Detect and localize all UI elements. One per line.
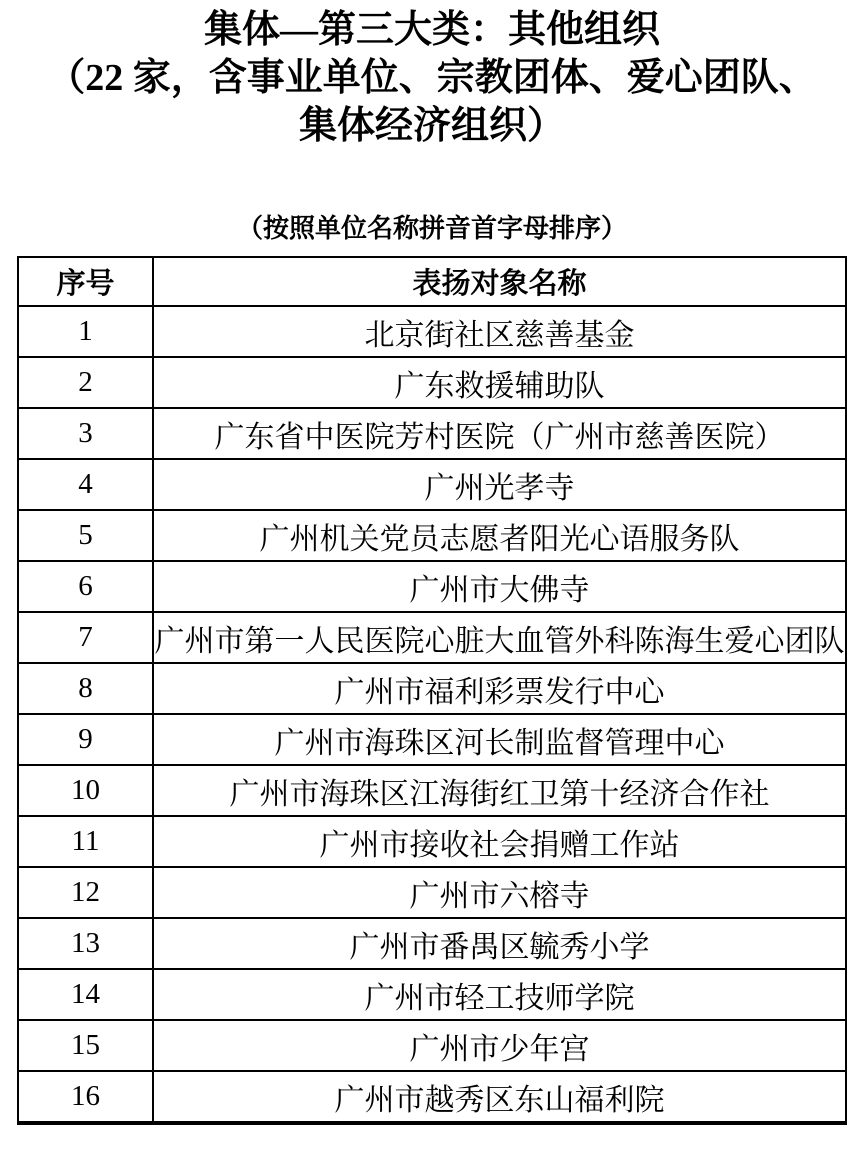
row-index-cell: 4 [18, 459, 153, 510]
row-index-cell: 5 [18, 510, 153, 561]
row-index-cell: 16 [18, 1071, 153, 1123]
row-name-cell: 广州市海珠区河长制监督管理中心 [153, 714, 846, 765]
row-name-cell: 广州市大佛寺 [153, 561, 846, 612]
row-name-cell: 广州市少年宫 [153, 1020, 846, 1071]
row-name-cell: 广东救援辅助队 [153, 357, 846, 408]
row-name-cell: 广州机关党员志愿者阳光心语服务队 [153, 510, 846, 561]
table-row: 7 广州市第一人民医院心脏大血管外科陈海生爱心团队 [18, 612, 846, 663]
praise-table-body: 1 北京街社区慈善基金 2 广东救援辅助队 3 广东省中医院芳村医院（广州市慈善… [18, 306, 846, 1123]
praise-table-header: 序号 表扬对象名称 [18, 257, 846, 306]
row-index-cell: 14 [18, 969, 153, 1020]
table-row: 3 广东省中医院芳村医院（广州市慈善医院） [18, 408, 846, 459]
document-page: 集体—第三大类：其他组织 （22 家，含事业单位、宗教团体、爱心团队、 集体经济… [0, 0, 864, 1168]
row-name-cell: 广州市第一人民医院心脏大血管外科陈海生爱心团队 [153, 612, 846, 663]
row-name-cell: 广州市越秀区东山福利院 [153, 1071, 846, 1123]
header-row: 序号 表扬对象名称 [18, 257, 846, 306]
row-index-cell: 13 [18, 918, 153, 969]
table-row: 2 广东救援辅助队 [18, 357, 846, 408]
row-index-cell: 12 [18, 867, 153, 918]
table-row: 10 广州市海珠区江海街红卫第十经济合作社 [18, 765, 846, 816]
sort-note-subtitle: （按照单位名称拼音首字母排序） [0, 212, 864, 244]
row-name-cell: 北京街社区慈善基金 [153, 306, 846, 357]
row-index-cell: 11 [18, 816, 153, 867]
praise-table: 序号 表扬对象名称 1 北京街社区慈善基金 2 广东救援辅助队 3 广东省中医院… [17, 256, 847, 1125]
row-index-cell: 6 [18, 561, 153, 612]
table-row: 6 广州市大佛寺 [18, 561, 846, 612]
table-row: 16 广州市越秀区东山福利院 [18, 1071, 846, 1123]
header-name-cell: 表扬对象名称 [153, 257, 846, 306]
row-index-cell: 15 [18, 1020, 153, 1071]
table-row: 4 广州光孝寺 [18, 459, 846, 510]
row-name-cell: 广州光孝寺 [153, 459, 846, 510]
row-index-cell: 9 [18, 714, 153, 765]
row-index-cell: 7 [18, 612, 153, 663]
table-row: 14 广州市轻工技师学院 [18, 969, 846, 1020]
row-name-cell: 广州市六榕寺 [153, 867, 846, 918]
page-title-line3: 集体经济组织） [299, 105, 565, 147]
table-row: 8 广州市福利彩票发行中心 [18, 663, 846, 714]
table-row: 11 广州市接收社会捐赠工作站 [18, 816, 846, 867]
row-name-cell: 广州市轻工技师学院 [153, 969, 846, 1020]
header-index-cell: 序号 [18, 257, 153, 306]
page-title-line1: 集体—第三大类：其他组织 [204, 9, 660, 51]
row-name-cell: 广州市番禺区毓秀小学 [153, 918, 846, 969]
table-row: 13 广州市番禺区毓秀小学 [18, 918, 846, 969]
table-row: 12 广州市六榕寺 [18, 867, 846, 918]
page-title-line2: （22 家，含事业单位、宗教团体、爱心团队、 [47, 57, 817, 99]
page-title: 集体—第三大类：其他组织 （22 家，含事业单位、宗教团体、爱心团队、 集体经济… [0, 0, 864, 150]
table-row: 5 广州机关党员志愿者阳光心语服务队 [18, 510, 846, 561]
row-name-cell: 广州市福利彩票发行中心 [153, 663, 846, 714]
row-index-cell: 1 [18, 306, 153, 357]
row-name-cell: 广州市海珠区江海街红卫第十经济合作社 [153, 765, 846, 816]
table-row: 9 广州市海珠区河长制监督管理中心 [18, 714, 846, 765]
row-index-cell: 3 [18, 408, 153, 459]
table-row: 1 北京街社区慈善基金 [18, 306, 846, 357]
row-index-cell: 2 [18, 357, 153, 408]
row-name-cell: 广东省中医院芳村医院（广州市慈善医院） [153, 408, 846, 459]
row-index-cell: 8 [18, 663, 153, 714]
row-index-cell: 10 [18, 765, 153, 816]
row-name-cell: 广州市接收社会捐赠工作站 [153, 816, 846, 867]
table-row: 15 广州市少年宫 [18, 1020, 846, 1071]
